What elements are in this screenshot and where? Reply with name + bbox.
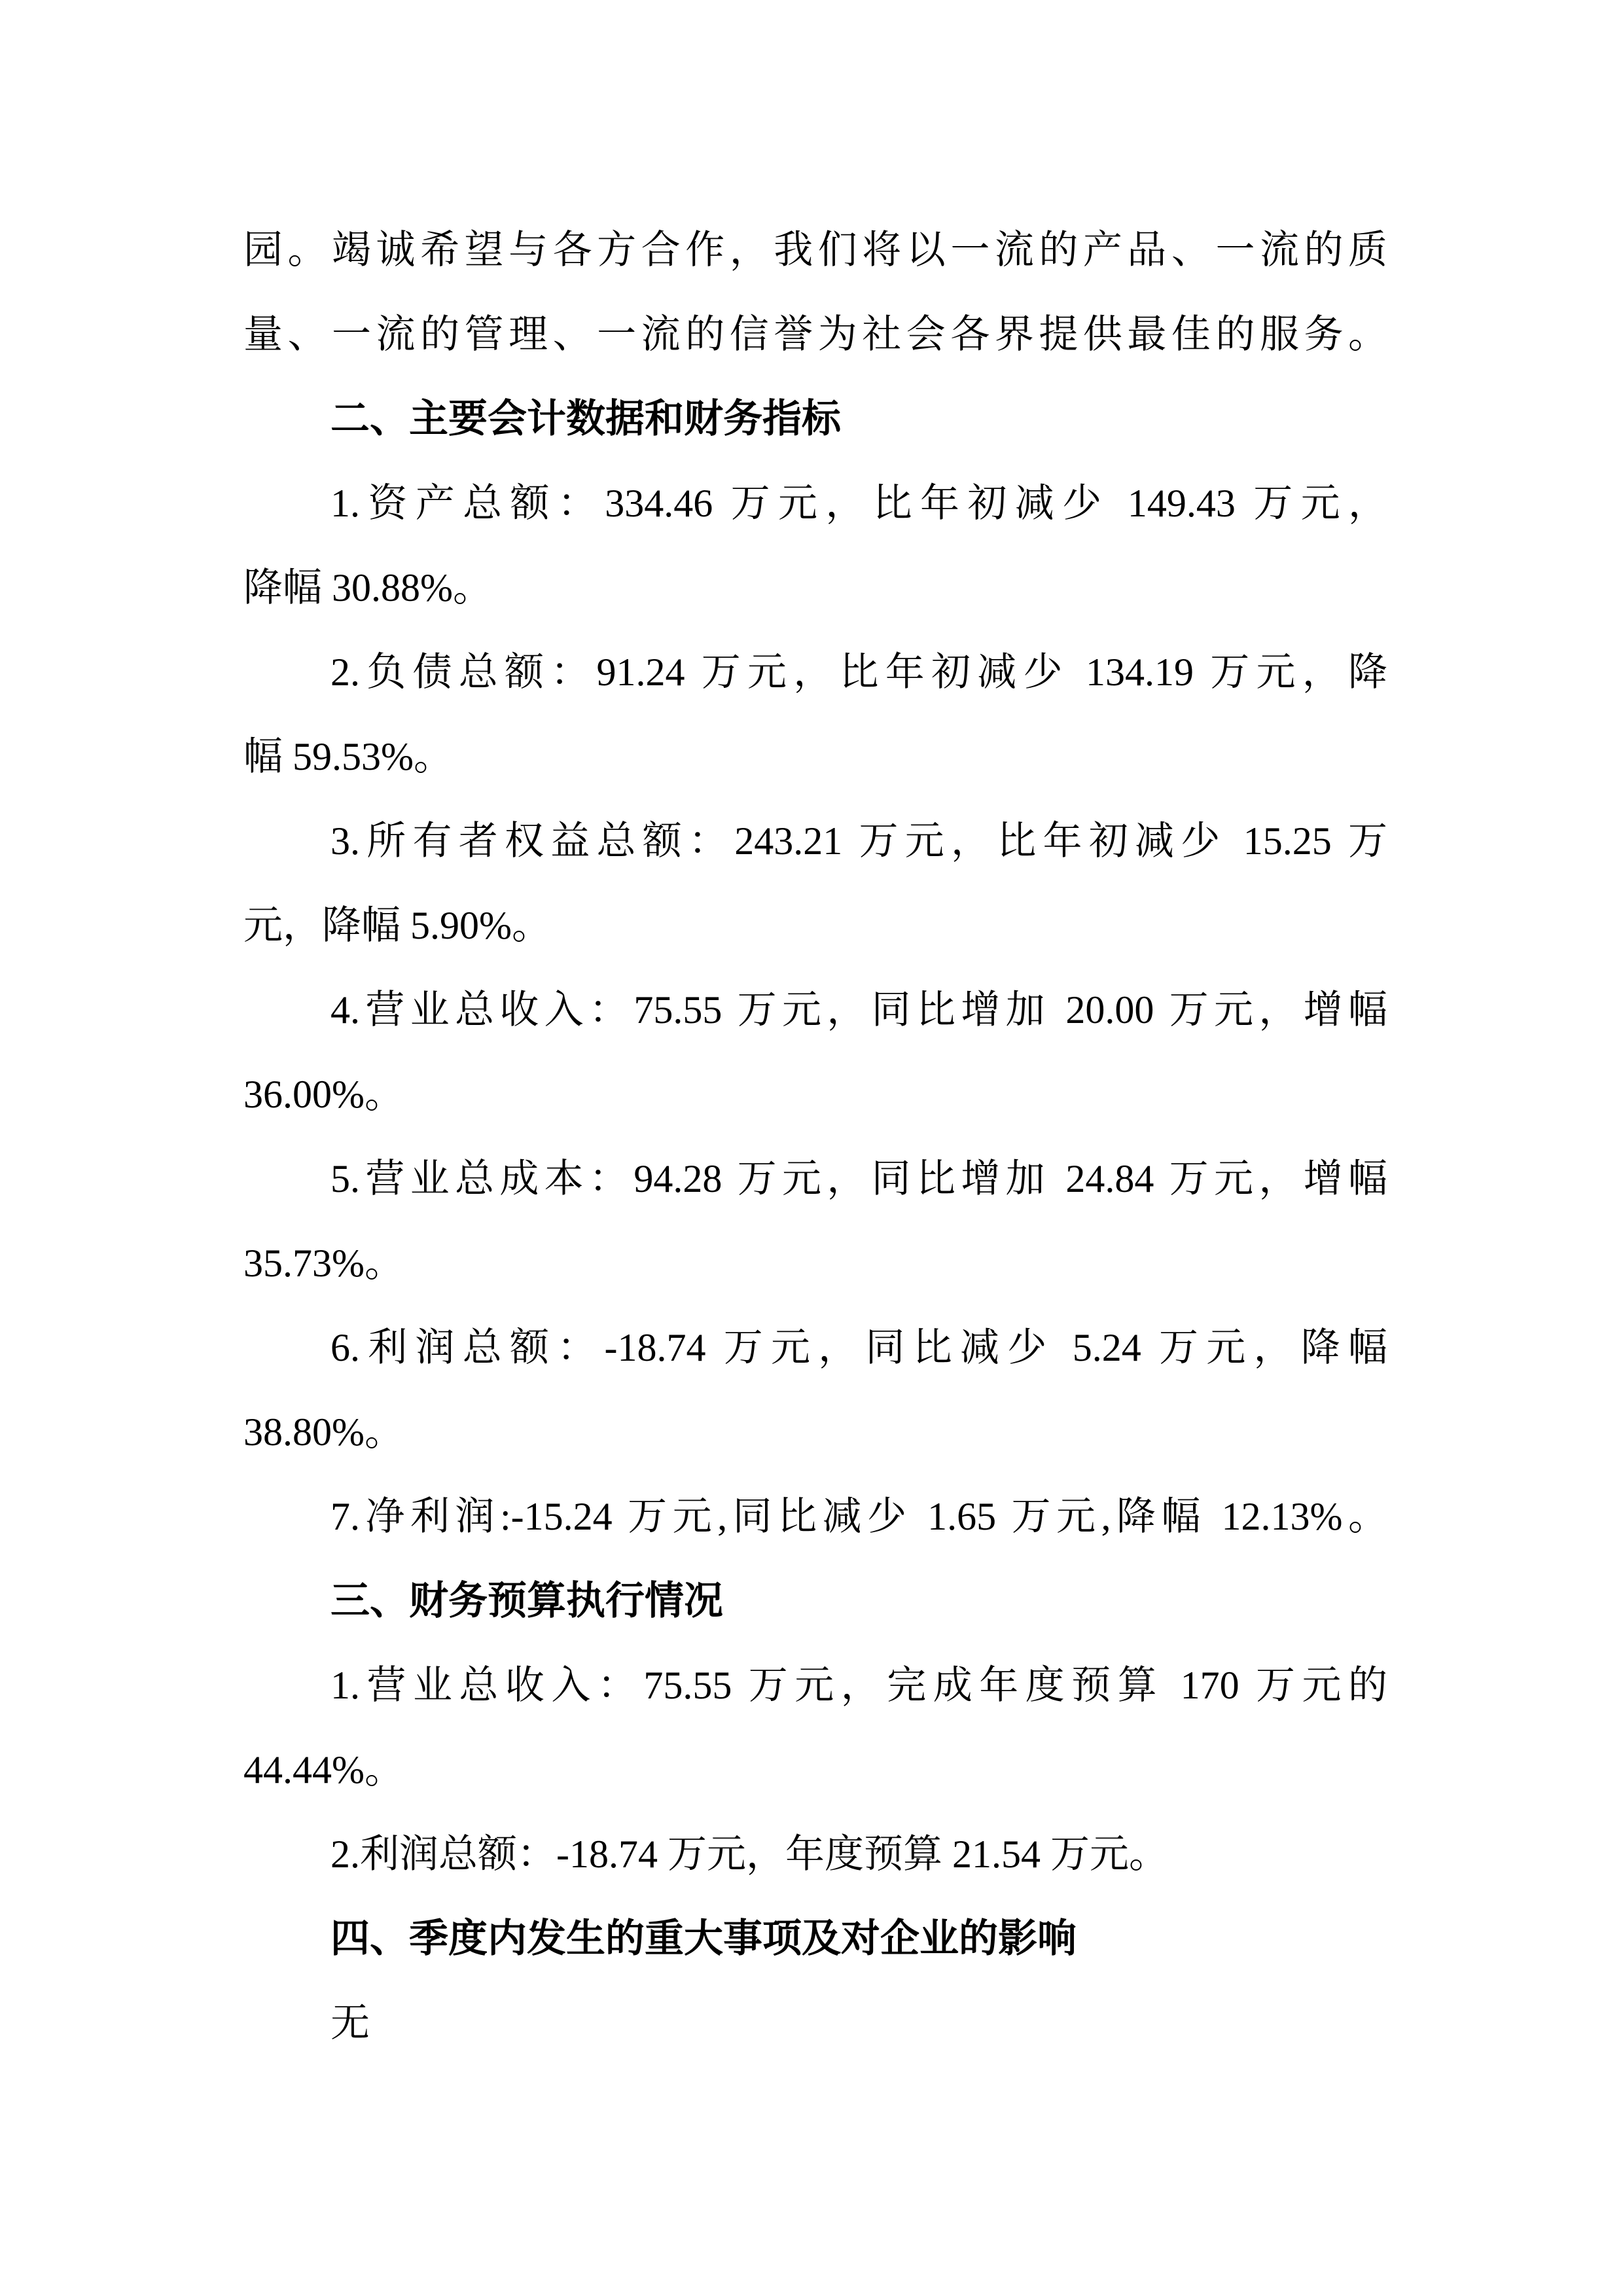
item-owners-equity-line-1: 3.所有者权益总额：243.21 万元，比年初减少 15.25 万 <box>243 799 1387 884</box>
no-events-text: 无 <box>243 1981 1387 2066</box>
item-total-liabilities-line-2: 幅 59.53%。 <box>243 715 1387 799</box>
item-total-liabilities-line-1: 2.负债总额：91.24 万元，比年初减少 134.19 万元，降 <box>243 630 1387 715</box>
item-total-assets-line-1: 1.资产总额：334.46 万元，比年初减少 149.43 万元， <box>243 461 1387 546</box>
item-total-profit-line-2: 38.80%。 <box>243 1390 1387 1475</box>
item-net-profit-line: 7.净利润:-15.24 万元,同比减少 1.65 万元,降幅 12.13%。 <box>243 1475 1387 1559</box>
budget-item-profit-line: 2.利润总额：-18.74 万元，年度预算 21.54 万元。 <box>243 1812 1387 1897</box>
item-operating-cost-line-1: 5.营业总成本：94.28 万元，同比增加 24.84 万元，增幅 <box>243 1137 1387 1221</box>
item-operating-revenue-line-2: 36.00%。 <box>243 1052 1387 1137</box>
budget-item-revenue-line-2: 44.44%。 <box>243 1728 1387 1812</box>
item-operating-cost-line-2: 35.73%。 <box>243 1221 1387 1306</box>
section-heading-major-events: 四、季度内发生的重大事项及对企业的影响 <box>243 1897 1387 1981</box>
intro-line-1: 园。竭诚希望与各方合作，我们将以一流的产品、一流的质 <box>243 208 1387 293</box>
item-total-assets-line-2: 降幅 30.88%。 <box>243 546 1387 630</box>
document-body: 园。竭诚希望与各方合作，我们将以一流的产品、一流的质 量、一流的管理、一流的信誉… <box>243 208 1387 2066</box>
section-heading-budget-execution: 三、财务预算执行情况 <box>243 1559 1387 1643</box>
document-page: 园。竭诚希望与各方合作，我们将以一流的产品、一流的质 量、一流的管理、一流的信誉… <box>0 0 1623 2296</box>
section-heading-accounting-data: 二、主要会计数据和财务指标 <box>243 377 1387 461</box>
item-owners-equity-line-2: 元，降幅 5.90%。 <box>243 884 1387 968</box>
budget-item-revenue-line-1: 1.营业总收入：75.55 万元，完成年度预算 170 万元的 <box>243 1643 1387 1728</box>
item-total-profit-line-1: 6.利润总额：-18.74 万元，同比减少 5.24 万元，降幅 <box>243 1306 1387 1390</box>
intro-line-2: 量、一流的管理、一流的信誉为社会各界提供最佳的服务。 <box>243 293 1387 377</box>
item-operating-revenue-line-1: 4.营业总收入：75.55 万元，同比增加 20.00 万元，增幅 <box>243 968 1387 1052</box>
